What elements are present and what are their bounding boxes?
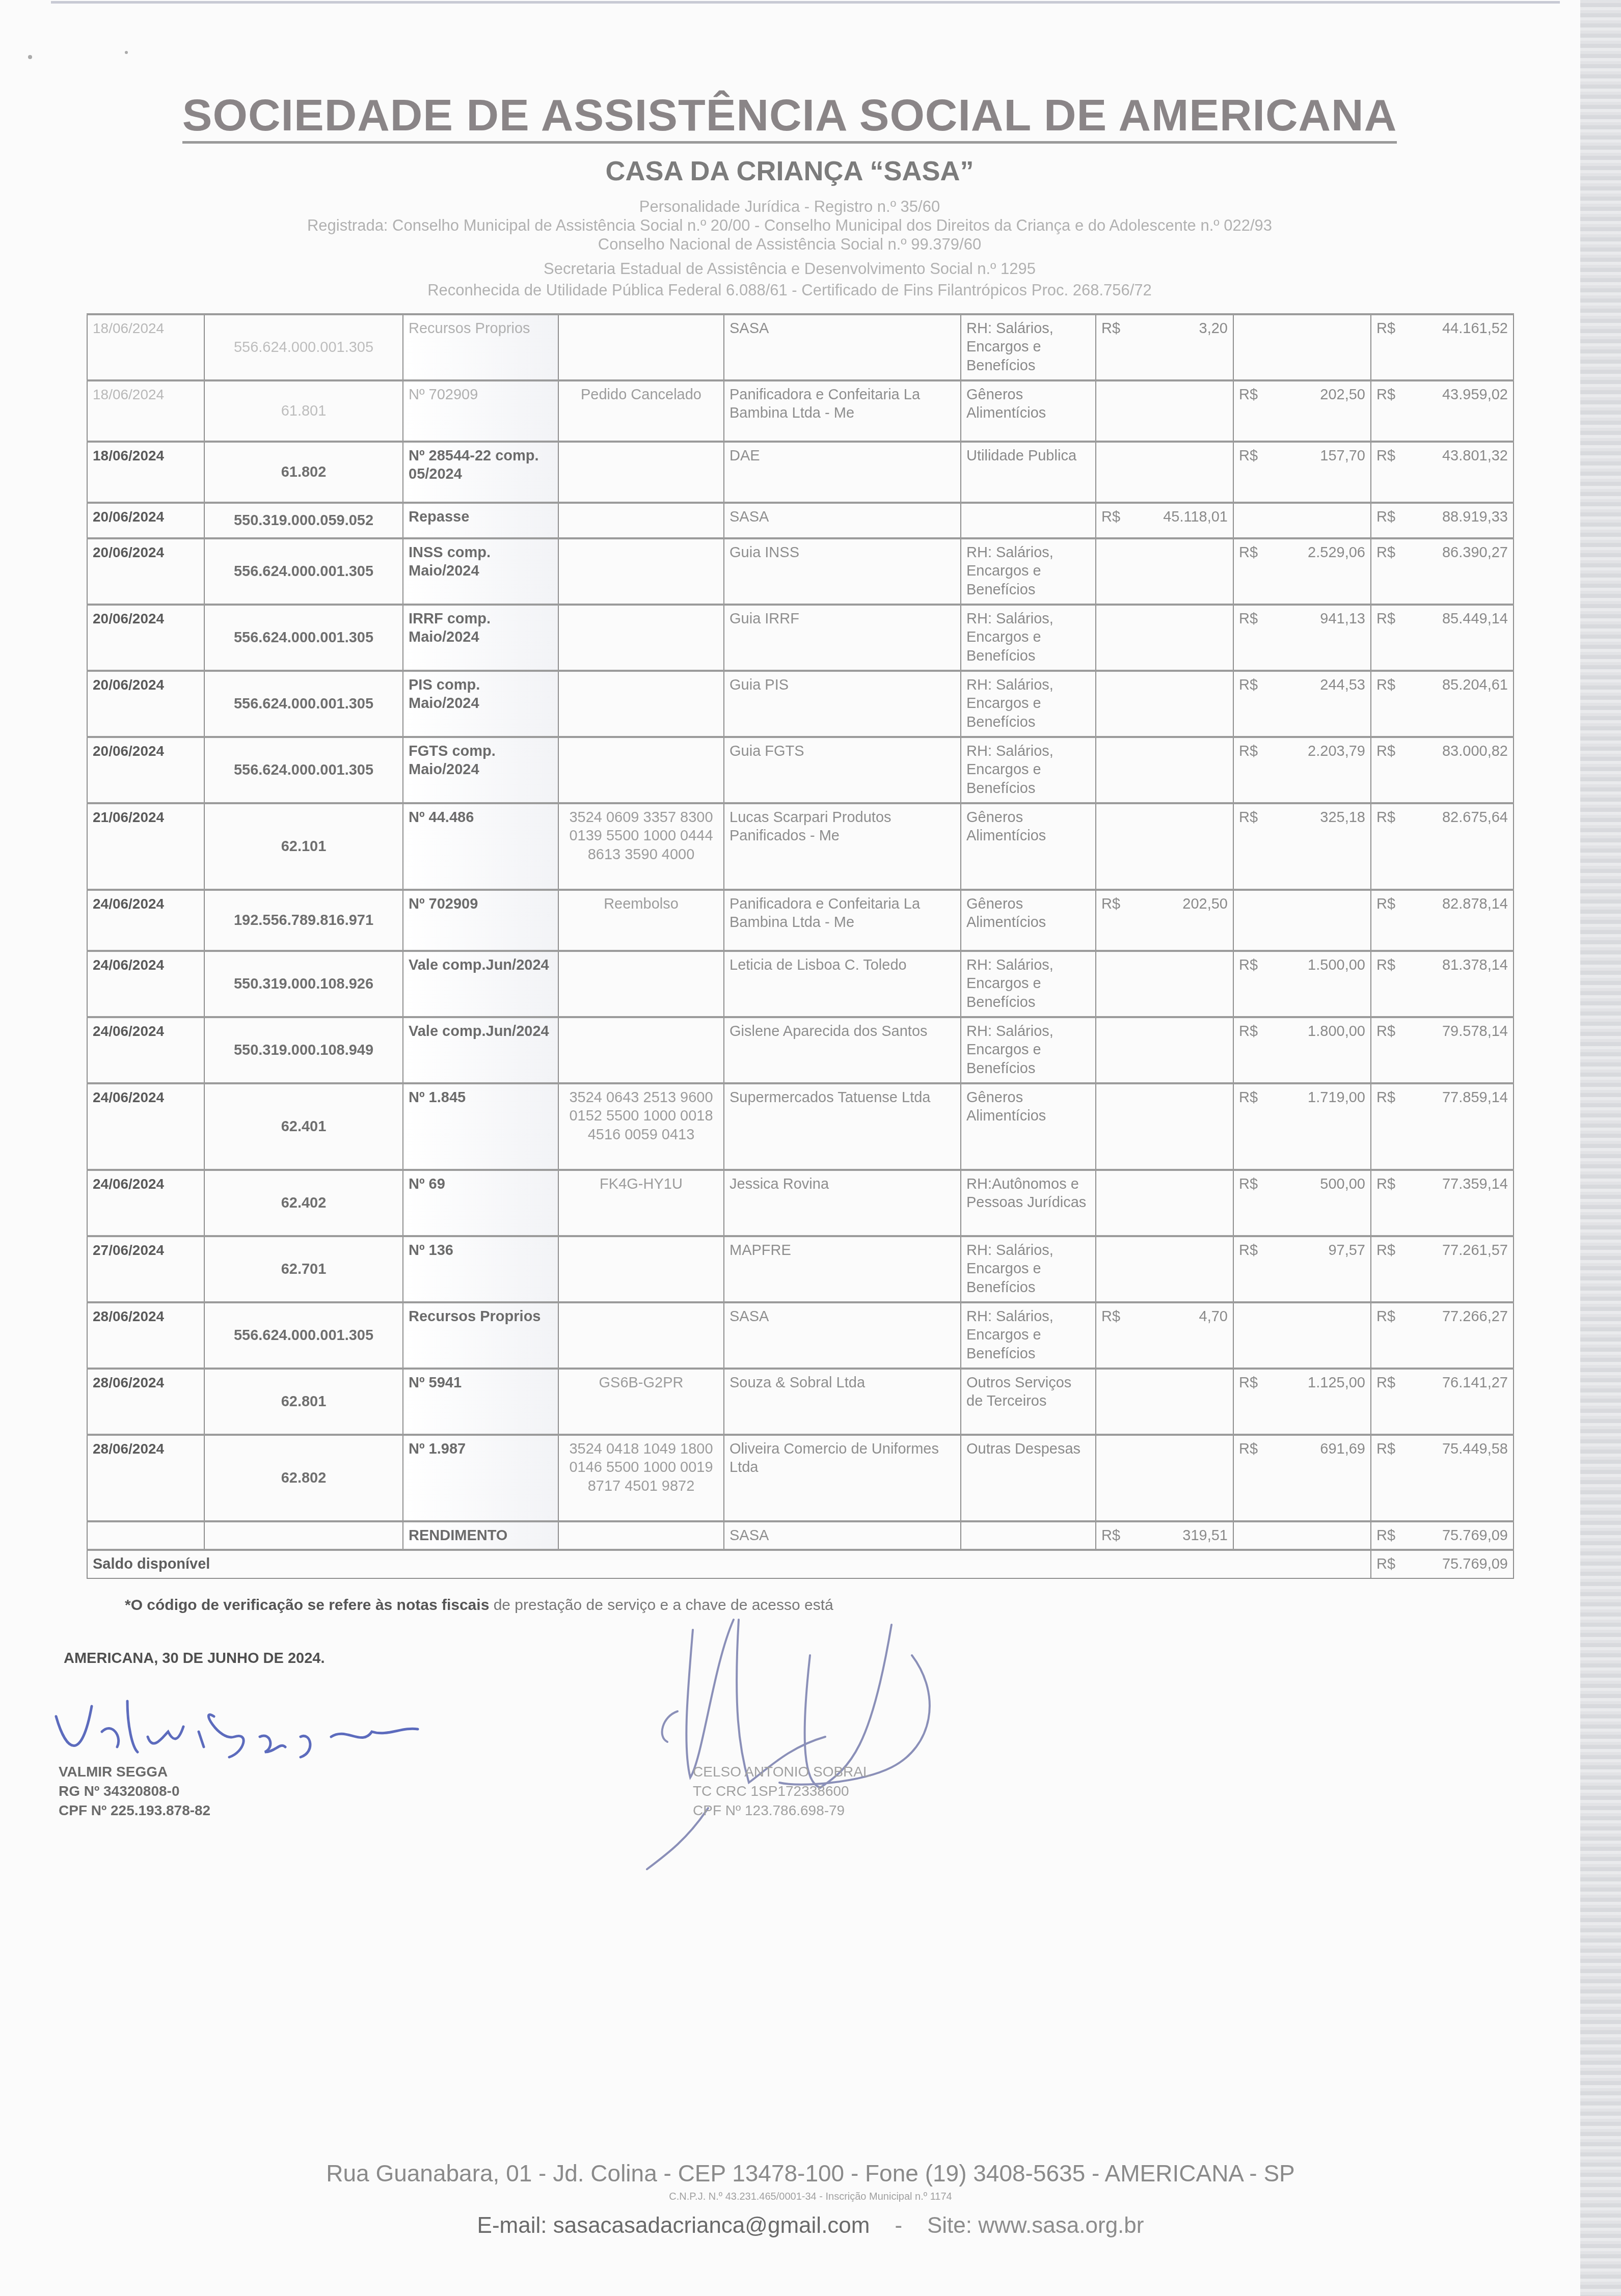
cell-credit	[1096, 1435, 1233, 1521]
cell-category: Outros Serviços de Terceiros	[961, 1369, 1096, 1435]
cell-account: 556.624.000.001.305	[204, 538, 403, 605]
cell-date: 24/06/2024	[87, 1170, 204, 1236]
footnote-normal: de prestação de serviço e a chave de ace…	[489, 1597, 833, 1614]
registration-line: Conselho Nacional de Assistência Social …	[0, 235, 1579, 254]
amount: 75.449,58	[1442, 1440, 1508, 1458]
cell-verification-key	[558, 951, 724, 1017]
signatory-crc: TC CRC 1SP172338600	[693, 1782, 871, 1801]
amount: 82.675,64	[1442, 808, 1508, 827]
cell-credit: R$319,51	[1096, 1521, 1233, 1550]
footer-separator: -	[895, 2213, 902, 2238]
amount: 76.141,27	[1442, 1374, 1508, 1392]
cell-category: Outras Despesas	[961, 1435, 1096, 1521]
cell-party: SASA	[724, 314, 961, 380]
amount: 77.359,14	[1442, 1175, 1508, 1193]
cell-balance-value: R$43.801,32	[1376, 447, 1508, 465]
currency-symbol: R$	[1376, 386, 1395, 404]
cell-account: 62.402	[204, 1170, 403, 1236]
cell-verification-key: 3524 0609 3357 8300 0139 5500 1000 0444 …	[558, 803, 724, 890]
cell-date: 24/06/2024	[87, 951, 204, 1017]
cell-party: SASA	[724, 503, 961, 538]
amount: 85.204,61	[1442, 676, 1508, 694]
table-row: 21/06/202462.101Nº 44.4863524 0609 3357 …	[87, 803, 1514, 890]
cell-balance: R$85.449,14	[1371, 605, 1514, 671]
cell-verification-key	[558, 605, 724, 671]
cell-balance: R$77.859,14	[1371, 1083, 1514, 1170]
currency-symbol: R$	[1376, 808, 1395, 827]
cell-balance: R$86.390,27	[1371, 538, 1514, 605]
cell-debit	[1233, 1521, 1371, 1550]
amount: 88.919,33	[1442, 508, 1508, 526]
cell-debit-value: R$691,69	[1239, 1440, 1365, 1458]
amount: 86.390,27	[1442, 543, 1508, 562]
cell-document: FGTS comp. Maio/2024	[403, 737, 558, 803]
cell-category: Gêneros Alimentícios	[961, 380, 1096, 442]
signatory-left: VALMIR SEGGA RG Nº 34320808-0 CPF Nº 225…	[59, 1762, 210, 1820]
cell-debit-value: R$1.800,00	[1239, 1022, 1365, 1041]
cell-account: 556.624.000.001.305	[204, 1302, 403, 1369]
cell-debit	[1233, 890, 1371, 951]
cell-party: Gislene Aparecida dos Santos	[724, 1017, 961, 1083]
amount: 3,20	[1199, 319, 1228, 338]
currency-symbol: R$	[1376, 956, 1395, 974]
cell-category: RH: Salários, Encargos e Benefícios	[961, 314, 1096, 380]
cell-debit-value: R$244,53	[1239, 676, 1365, 694]
cell-debit: R$941,13	[1233, 605, 1371, 671]
cell-balance: R$75.449,58	[1371, 1435, 1514, 1521]
cell-balance-value: R$85.204,61	[1376, 676, 1508, 694]
cell-balance: R$88.919,33	[1371, 503, 1514, 538]
currency-symbol: R$	[1239, 808, 1258, 827]
cell-account: 192.556.789.816.971	[204, 890, 403, 951]
cell-debit: R$244,53	[1233, 671, 1371, 737]
currency-symbol: R$	[1376, 610, 1395, 628]
amount: 1.500,00	[1308, 956, 1365, 974]
cell-debit: R$202,50	[1233, 380, 1371, 442]
cell-category: RH: Salários, Encargos e Benefícios	[961, 1302, 1096, 1369]
cell-balance-value: R$85.449,14	[1376, 610, 1508, 628]
table-row: 20/06/2024556.624.000.001.305FGTS comp. …	[87, 737, 1514, 803]
amount: 85.449,14	[1442, 610, 1508, 628]
cell-debit: R$1.125,00	[1233, 1369, 1371, 1435]
cell-balance-value: R$81.378,14	[1376, 956, 1508, 974]
registration-line: Personalidade Jurídica - Registro n.º 35…	[0, 198, 1579, 216]
currency-symbol: R$	[1376, 1022, 1395, 1041]
cell-document: Nº 136	[403, 1236, 558, 1302]
table-row: 24/06/2024550.319.000.108.926Vale comp.J…	[87, 951, 1514, 1017]
cell-account: 61.802	[204, 442, 403, 503]
amount: 202,50	[1320, 386, 1365, 404]
currency-symbol: R$	[1239, 386, 1258, 404]
currency-symbol: R$	[1101, 895, 1120, 913]
saldo-row: Saldo disponívelR$75.769,09	[87, 1550, 1514, 1578]
cell-party: SASA	[724, 1302, 961, 1369]
cell-date: 20/06/2024	[87, 538, 204, 605]
cell-party: Guia FGTS	[724, 737, 961, 803]
table-row: 24/06/2024192.556.789.816.971Nº 702909Re…	[87, 890, 1514, 951]
amount: 43.801,32	[1442, 447, 1508, 465]
currency-symbol: R$	[1376, 543, 1395, 562]
cell-verification-key	[558, 737, 724, 803]
cell-verification-key	[558, 671, 724, 737]
cell-debit: R$157,70	[1233, 442, 1371, 503]
cell-account: 550.319.000.108.949	[204, 1017, 403, 1083]
org-subtitle: CASA DA CRIANÇA “SASA”	[0, 155, 1579, 187]
cell-party: Guia IRRF	[724, 605, 961, 671]
table-row: 18/06/202461.802Nº 28544-22 comp. 05/202…	[87, 442, 1514, 503]
scan-edge-top	[51, 1, 1560, 4]
cell-debit-value: R$2.529,06	[1239, 543, 1365, 562]
cell-debit-value: R$1.125,00	[1239, 1374, 1365, 1392]
cell-credit	[1096, 1083, 1233, 1170]
amount: 77.859,14	[1442, 1088, 1508, 1107]
amount: 2.203,79	[1308, 742, 1365, 760]
cell-party: DAE	[724, 442, 961, 503]
cell-credit: R$202,50	[1096, 890, 1233, 951]
cell-account: 61.801	[204, 380, 403, 442]
cell-debit: R$1.719,00	[1233, 1083, 1371, 1170]
table-row: 28/06/202462.801Nº 5941GS6B-G2PRSouza & …	[87, 1369, 1514, 1435]
table-row: 24/06/2024550.319.000.108.949Vale comp.J…	[87, 1017, 1514, 1083]
cell-date	[87, 1521, 204, 1550]
table-row: 20/06/2024550.319.000.059.052RepasseSASA…	[87, 503, 1514, 538]
cell-debit-value: R$157,70	[1239, 447, 1365, 465]
cell-date: 24/06/2024	[87, 1083, 204, 1170]
currency-symbol: R$	[1239, 447, 1258, 465]
cell-debit-value: R$1.719,00	[1239, 1088, 1365, 1107]
cell-date: 24/06/2024	[87, 1017, 204, 1083]
cell-account: 556.624.000.001.305	[204, 737, 403, 803]
amount: 83.000,82	[1442, 742, 1508, 760]
currency-symbol: R$	[1239, 1241, 1258, 1260]
cell-date: 28/06/2024	[87, 1302, 204, 1369]
cell-party: Guia PIS	[724, 671, 961, 737]
cell-balance-value: R$76.141,27	[1376, 1374, 1508, 1392]
cell-date: 27/06/2024	[87, 1236, 204, 1302]
cell-category: Gêneros Alimentícios	[961, 890, 1096, 951]
footer-contacts: E-mail: sasacasadacrianca@gmail.com - Si…	[0, 2213, 1621, 2238]
cell-document: PIS comp. Maio/2024	[403, 671, 558, 737]
cell-date: 18/06/2024	[87, 314, 204, 380]
cell-debit: R$1.500,00	[1233, 951, 1371, 1017]
cell-balance: R$43.801,32	[1371, 442, 1514, 503]
cell-document: Nº 1.987	[403, 1435, 558, 1521]
amount: 500,00	[1320, 1175, 1365, 1193]
saldo-money: R$75.769,09	[1376, 1555, 1508, 1573]
cell-document: Repasse	[403, 503, 558, 538]
cell-date: 18/06/2024	[87, 442, 204, 503]
table-row: 28/06/202462.802Nº 1.9873524 0418 1049 1…	[87, 1435, 1514, 1521]
signatory-right: CELSO ANTONIO SOBRAL TC CRC 1SP172338600…	[693, 1762, 871, 1820]
cell-account: 62.801	[204, 1369, 403, 1435]
currency-symbol: R$	[1239, 543, 1258, 562]
cell-verification-key	[558, 314, 724, 380]
table-row: 18/06/202461.801Nº 702909Pedido Cancelad…	[87, 380, 1514, 442]
cell-date: 20/06/2024	[87, 503, 204, 538]
currency-symbol: R$	[1239, 956, 1258, 974]
cell-date: 21/06/2024	[87, 803, 204, 890]
cell-debit-value: R$500,00	[1239, 1175, 1365, 1193]
cell-balance-value: R$77.859,14	[1376, 1088, 1508, 1107]
cell-document: Nº 5941	[403, 1369, 558, 1435]
table-row: 28/06/2024556.624.000.001.305Recursos Pr…	[87, 1302, 1514, 1369]
currency-symbol: R$	[1239, 1374, 1258, 1392]
cell-party: Panificadora e Confeitaria La Bambina Lt…	[724, 890, 961, 951]
amount: 81.378,14	[1442, 956, 1508, 974]
cell-account	[204, 1521, 403, 1550]
cell-category	[961, 503, 1096, 538]
cell-balance-value: R$82.675,64	[1376, 808, 1508, 827]
table-row: 24/06/202462.402Nº 69FK4G-HY1UJessica Ro…	[87, 1170, 1514, 1236]
cell-credit	[1096, 442, 1233, 503]
amount: 941,13	[1320, 610, 1365, 628]
table-row: 24/06/202462.401Nº 1.8453524 0643 2513 9…	[87, 1083, 1514, 1170]
saldo-label: Saldo disponível	[87, 1550, 1371, 1578]
cell-account: 556.624.000.001.305	[204, 671, 403, 737]
cell-verification-key: 3524 0418 1049 1800 0146 5500 1000 0019 …	[558, 1435, 724, 1521]
cell-credit	[1096, 605, 1233, 671]
cell-verification-key	[558, 538, 724, 605]
amount: 4,70	[1199, 1307, 1228, 1326]
registration-line: Registrada: Conselho Municipal de Assist…	[0, 216, 1579, 235]
cell-debit-value: R$202,50	[1239, 386, 1365, 404]
registration-line: Reconhecida de Utilidade Pública Federal…	[0, 281, 1579, 299]
cell-date: 20/06/2024	[87, 671, 204, 737]
cell-balance-value: R$77.266,27	[1376, 1307, 1508, 1326]
cell-balance: R$82.675,64	[1371, 803, 1514, 890]
cell-category: RH: Salários, Encargos e Benefícios	[961, 951, 1096, 1017]
cell-balance: R$81.378,14	[1371, 951, 1514, 1017]
signature-valmir-icon	[46, 1686, 464, 1767]
cell-credit	[1096, 803, 1233, 890]
footer-address: Rua Guanabara, 01 - Jd. Colina - CEP 134…	[0, 2160, 1621, 2187]
cell-category: RH: Salários, Encargos e Benefícios	[961, 1236, 1096, 1302]
ledger-table: 18/06/2024556.624.000.001.305Recursos Pr…	[87, 313, 1514, 1579]
cell-category: RH:Autônomos e Pessoas Jurídicas	[961, 1170, 1096, 1236]
cell-credit-value: R$202,50	[1101, 895, 1228, 913]
amount: 2.529,06	[1308, 543, 1365, 562]
amount: 44.161,52	[1442, 319, 1508, 338]
cell-document: Nº 702909	[403, 380, 558, 442]
scan-edge-right	[1580, 0, 1621, 2296]
amount: 202,50	[1182, 895, 1228, 913]
cell-debit	[1233, 503, 1371, 538]
cell-account: 550.319.000.108.926	[204, 951, 403, 1017]
currency-symbol: R$	[1239, 742, 1258, 760]
cell-document: Nº 702909	[403, 890, 558, 951]
currency-symbol: R$	[1376, 742, 1395, 760]
cell-party: Oliveira Comercio de Uniformes Ltda	[724, 1435, 961, 1521]
amount: 75.769,09	[1442, 1526, 1508, 1545]
cell-date: 28/06/2024	[87, 1435, 204, 1521]
signatory-rg: RG Nº 34320808-0	[59, 1782, 210, 1801]
cell-balance: R$77.266,27	[1371, 1302, 1514, 1369]
cell-date: 18/06/2024	[87, 380, 204, 442]
cell-document: Vale comp.Jun/2024	[403, 951, 558, 1017]
currency-symbol: R$	[1376, 1088, 1395, 1107]
cell-party: Souza & Sobral Ltda	[724, 1369, 961, 1435]
cell-document: Nº 69	[403, 1170, 558, 1236]
cell-account: 62.401	[204, 1083, 403, 1170]
cell-balance-value: R$77.359,14	[1376, 1175, 1508, 1193]
amount: 1.719,00	[1308, 1088, 1365, 1107]
cell-debit: R$2.529,06	[1233, 538, 1371, 605]
currency-symbol: R$	[1376, 1526, 1395, 1545]
saldo-value: R$75.769,09	[1371, 1550, 1514, 1578]
amount: 319,51	[1182, 1526, 1228, 1545]
cell-date: 20/06/2024	[87, 737, 204, 803]
currency-symbol: R$	[1239, 676, 1258, 694]
cell-category: RH: Salários, Encargos e Benefícios	[961, 538, 1096, 605]
cell-account: 550.319.000.059.052	[204, 503, 403, 538]
cell-credit	[1096, 737, 1233, 803]
footnote: *O código de verificação se refere às no…	[125, 1597, 833, 1614]
cell-debit-value: R$325,18	[1239, 808, 1365, 827]
cell-account: 556.624.000.001.305	[204, 314, 403, 380]
cell-balance-value: R$43.959,02	[1376, 386, 1508, 404]
amount: 75.769,09	[1442, 1555, 1508, 1573]
cell-balance: R$77.261,57	[1371, 1236, 1514, 1302]
cell-document: Recursos Proprios	[403, 1302, 558, 1369]
cell-debit: R$691,69	[1233, 1435, 1371, 1521]
cell-verification-key	[558, 1017, 724, 1083]
cell-verification-key	[558, 1302, 724, 1369]
cell-document: IRRF comp. Maio/2024	[403, 605, 558, 671]
cell-credit-value: R$45.118,01	[1101, 508, 1228, 526]
cell-party: Lucas Scarpari Produtos Panificados - Me	[724, 803, 961, 890]
cell-category: RH: Salários, Encargos e Benefícios	[961, 1017, 1096, 1083]
currency-symbol: R$	[1376, 676, 1395, 694]
signatory-cpf: CPF Nº 225.193.878-82	[59, 1801, 210, 1820]
cell-balance: R$85.204,61	[1371, 671, 1514, 737]
cell-party: Guia INSS	[724, 538, 961, 605]
cell-debit-value: R$2.203,79	[1239, 742, 1365, 760]
cell-verification-key: 3524 0643 2513 9600 0152 5500 1000 0018 …	[558, 1083, 724, 1170]
amount: 43.959,02	[1442, 386, 1508, 404]
signature-celso-icon	[586, 1615, 1095, 1879]
currency-symbol: R$	[1376, 1175, 1395, 1193]
cell-balance-value: R$44.161,52	[1376, 319, 1508, 338]
table-row: 18/06/2024556.624.000.001.305Recursos Pr…	[87, 314, 1514, 380]
cell-balance-value: R$88.919,33	[1376, 508, 1508, 526]
cell-category: RH: Salários, Encargos e Benefícios	[961, 671, 1096, 737]
place-date: AMERICANA, 30 DE JUNHO DE 2024.	[64, 1650, 325, 1667]
cell-verification-key: Pedido Cancelado	[558, 380, 724, 442]
cell-date: 20/06/2024	[87, 605, 204, 671]
currency-symbol: R$	[1376, 1374, 1395, 1392]
footer-cnpj: C.N.P.J. N.º 43.231.465/0001-34 - Inscri…	[0, 2191, 1621, 2203]
cell-verification-key	[558, 1236, 724, 1302]
amount: 691,69	[1320, 1440, 1365, 1458]
amount: 45.118,01	[1163, 508, 1228, 526]
cell-debit-value: R$97,57	[1239, 1241, 1365, 1260]
cell-date: 24/06/2024	[87, 890, 204, 951]
footer-email[interactable]: E-mail: sasacasadacrianca@gmail.com	[477, 2213, 870, 2238]
cell-party: Leticia de Lisboa C. Toledo	[724, 951, 961, 1017]
cell-account: 556.624.000.001.305	[204, 605, 403, 671]
cell-balance-value: R$79.578,14	[1376, 1022, 1508, 1041]
cell-credit: R$3,20	[1096, 314, 1233, 380]
cell-verification-key	[558, 442, 724, 503]
table-row: 27/06/202462.701Nº 136MAPFRERH: Salários…	[87, 1236, 1514, 1302]
table-row: 20/06/2024556.624.000.001.305IRRF comp. …	[87, 605, 1514, 671]
cell-verification-key: FK4G-HY1U	[558, 1170, 724, 1236]
currency-symbol: R$	[1376, 1440, 1395, 1458]
cell-document: Nº 28544-22 comp. 05/2024	[403, 442, 558, 503]
cell-verification-key: Reembolso	[558, 890, 724, 951]
cell-balance: R$79.578,14	[1371, 1017, 1514, 1083]
cell-verification-key	[558, 1521, 724, 1550]
cell-document: Recursos Proprios	[403, 314, 558, 380]
cell-debit: R$2.203,79	[1233, 737, 1371, 803]
cell-credit	[1096, 380, 1233, 442]
cell-account: 62.101	[204, 803, 403, 890]
cell-category: RH: Salários, Encargos e Benefícios	[961, 737, 1096, 803]
cell-debit	[1233, 1302, 1371, 1369]
signatory-name: CELSO ANTONIO SOBRAL	[693, 1762, 871, 1782]
cell-balance-value: R$83.000,82	[1376, 742, 1508, 760]
currency-symbol: R$	[1376, 319, 1395, 338]
currency-symbol: R$	[1239, 610, 1258, 628]
cell-balance: R$75.769,09	[1371, 1521, 1514, 1550]
amount: 1.125,00	[1308, 1374, 1365, 1392]
cell-date: 28/06/2024	[87, 1369, 204, 1435]
cell-balance-value: R$75.449,58	[1376, 1440, 1508, 1458]
cell-balance-value: R$86.390,27	[1376, 543, 1508, 562]
cell-credit	[1096, 951, 1233, 1017]
cell-balance: R$44.161,52	[1371, 314, 1514, 380]
cell-credit	[1096, 671, 1233, 737]
currency-symbol: R$	[1239, 1022, 1258, 1041]
scan-speck	[28, 55, 32, 59]
cell-balance-value: R$75.769,09	[1376, 1526, 1508, 1545]
amount: 157,70	[1320, 447, 1365, 465]
table-row: RENDIMENTOSASAR$319,51R$75.769,09	[87, 1521, 1514, 1550]
ledger-body: 18/06/2024556.624.000.001.305Recursos Pr…	[87, 314, 1514, 1578]
cell-credit	[1096, 1369, 1233, 1435]
cell-credit: R$45.118,01	[1096, 503, 1233, 538]
cell-party: Supermercados Tatuense Ltda	[724, 1083, 961, 1170]
cell-debit: R$97,57	[1233, 1236, 1371, 1302]
cell-balance-value: R$77.261,57	[1376, 1241, 1508, 1260]
cell-verification-key	[558, 503, 724, 538]
cell-document: Nº 44.486	[403, 803, 558, 890]
signatory-name: VALMIR SEGGA	[59, 1762, 210, 1782]
footer-site[interactable]: Site: www.sasa.org.br	[927, 2213, 1144, 2238]
amount: 79.578,14	[1442, 1022, 1508, 1041]
cell-credit	[1096, 1170, 1233, 1236]
cell-debit: R$1.800,00	[1233, 1017, 1371, 1083]
cell-balance: R$76.141,27	[1371, 1369, 1514, 1435]
cell-category: RH: Salários, Encargos e Benefícios	[961, 605, 1096, 671]
cell-credit-value: R$319,51	[1101, 1526, 1228, 1545]
scan-speck	[125, 51, 128, 54]
cell-party: MAPFRE	[724, 1236, 961, 1302]
cell-party: SASA	[724, 1521, 961, 1550]
signatory-cpf: CPF Nº 123.786.698-79	[693, 1801, 871, 1820]
cell-credit	[1096, 538, 1233, 605]
footnote-bold: *O código de verificação se refere às no…	[125, 1597, 489, 1614]
cell-category: Gêneros Alimentícios	[961, 803, 1096, 890]
cell-category: Gêneros Alimentícios	[961, 1083, 1096, 1170]
currency-symbol: R$	[1376, 1307, 1395, 1326]
amount: 244,53	[1320, 676, 1365, 694]
currency-symbol: R$	[1101, 1307, 1120, 1326]
table-row: 20/06/2024556.624.000.001.305INSS comp. …	[87, 538, 1514, 605]
cell-account: 62.802	[204, 1435, 403, 1521]
cell-debit: R$500,00	[1233, 1170, 1371, 1236]
amount: 82.878,14	[1442, 895, 1508, 913]
